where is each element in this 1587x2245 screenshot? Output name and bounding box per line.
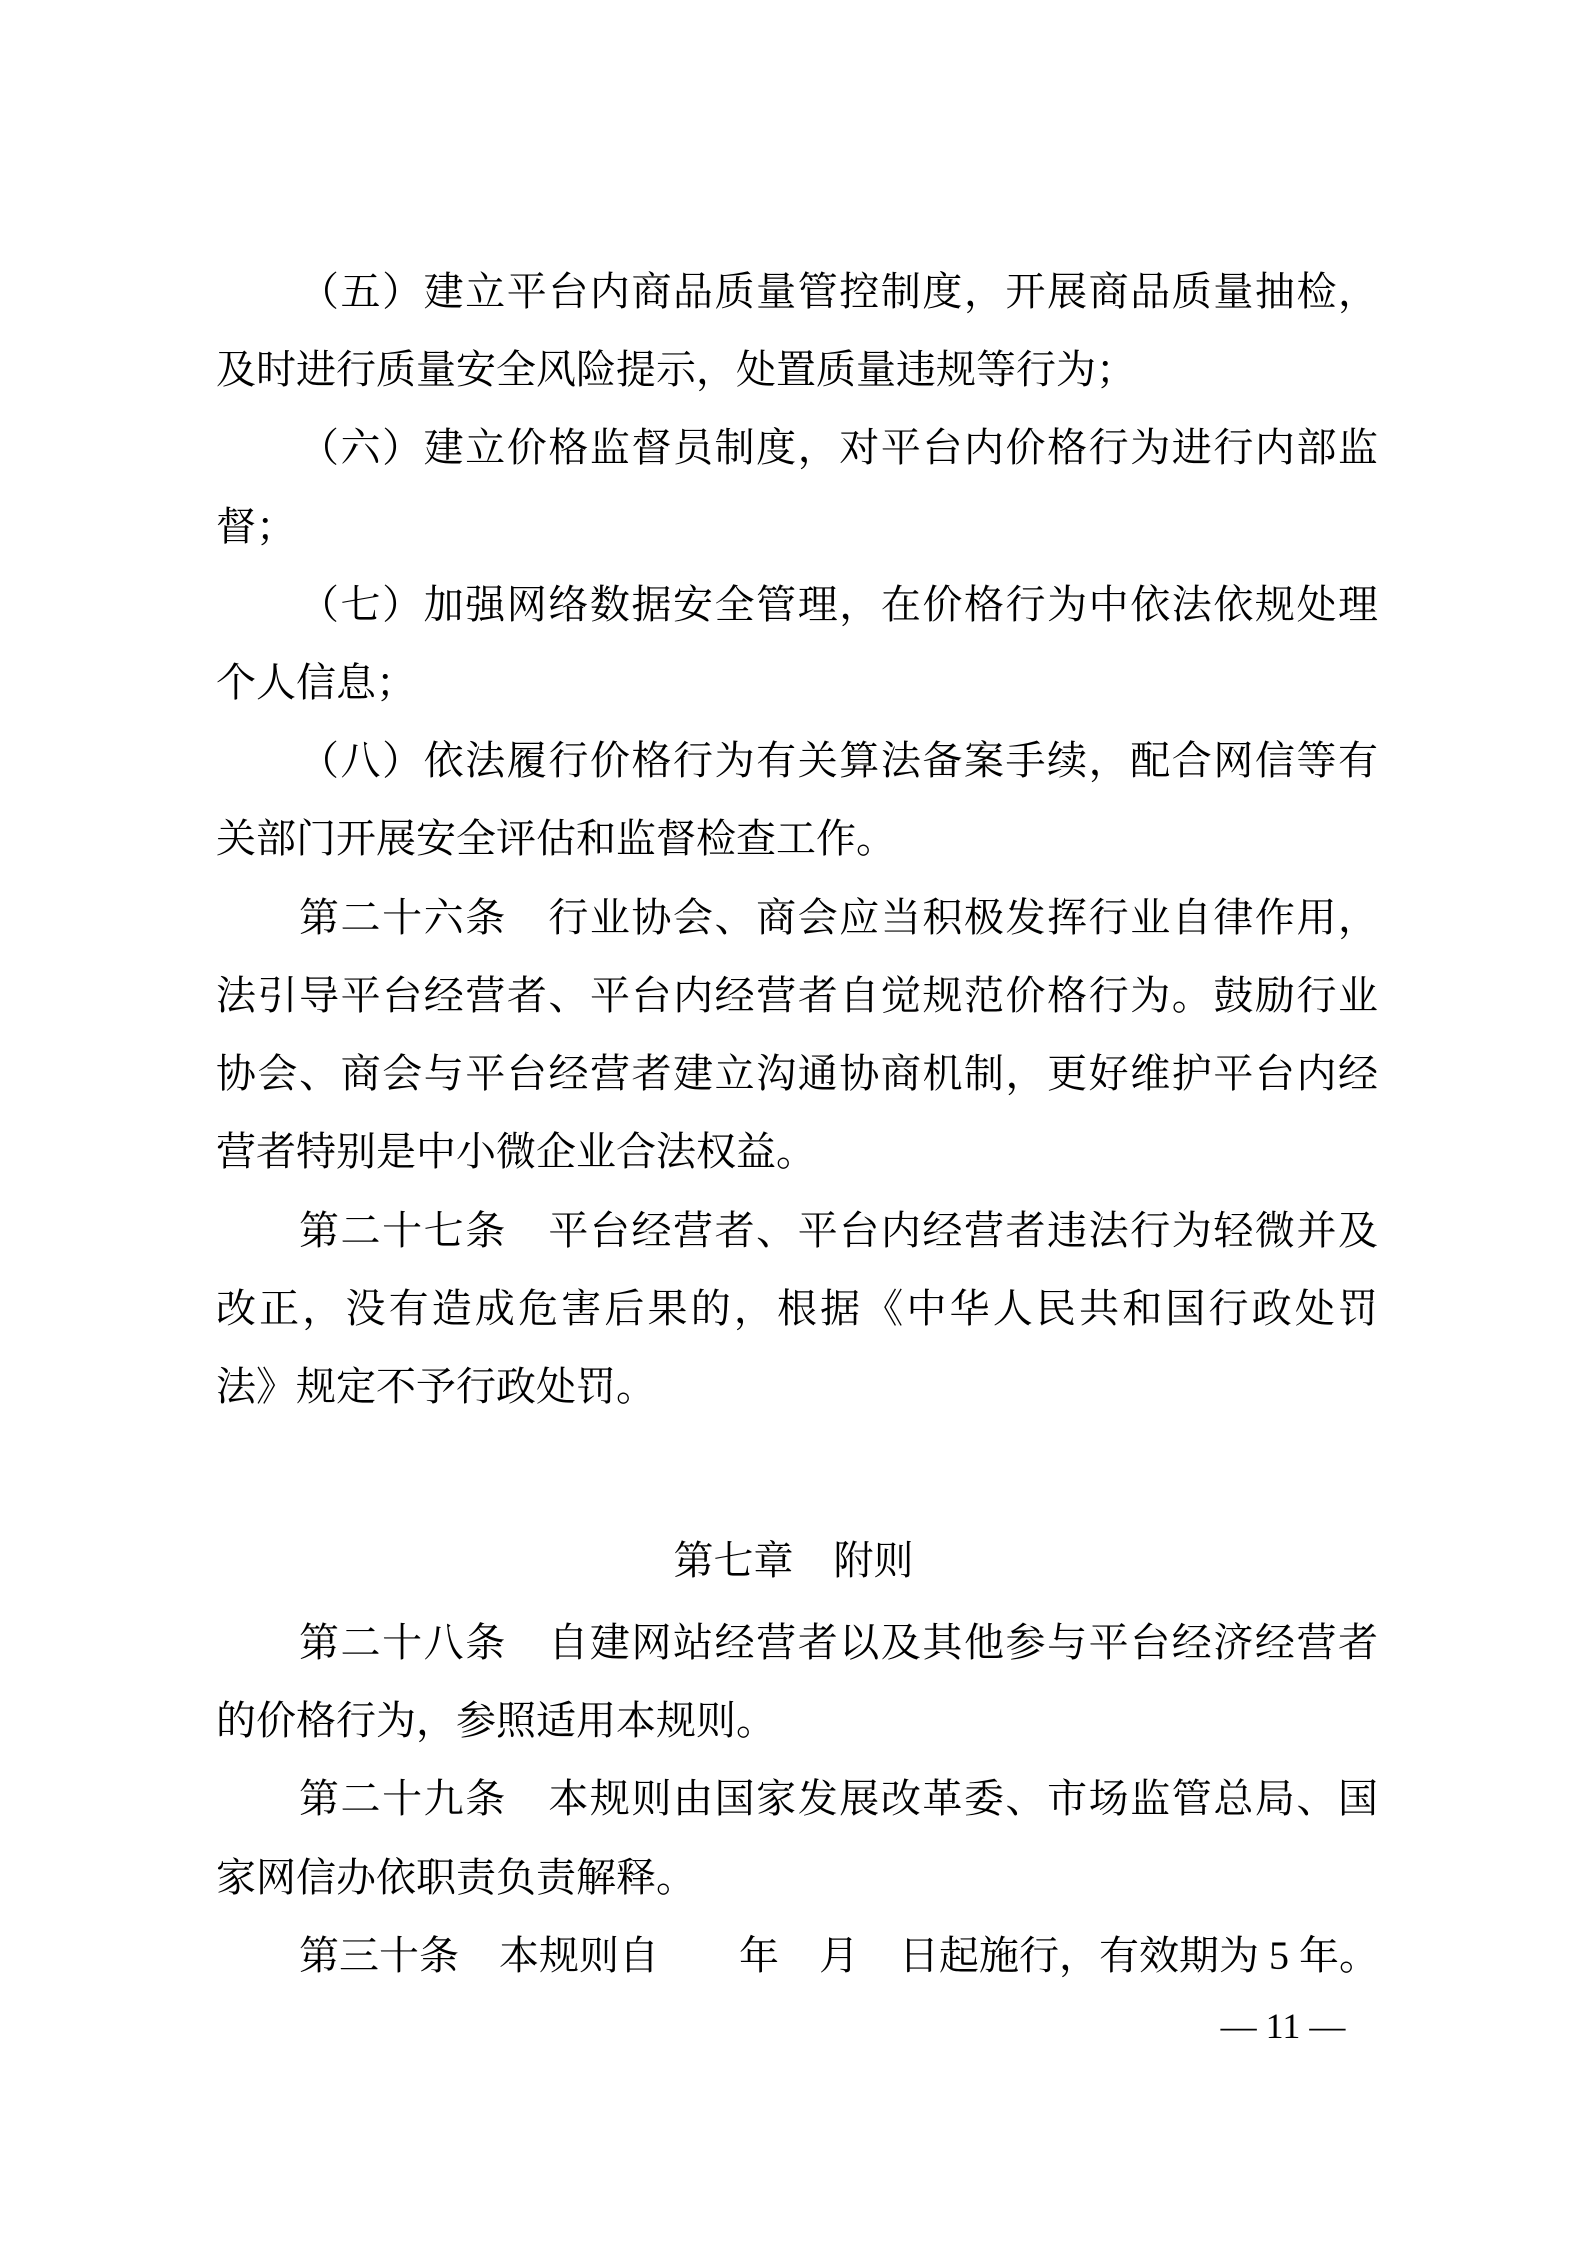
- article-28-line-2: 的价格行为，参照适用本规则。: [216, 1682, 1378, 1760]
- item-7-line-2: 个人信息；: [216, 644, 1378, 722]
- item-5-line-1: （五）建立平台内商品质量管控制度，开展商品质量抽检，: [299, 253, 1378, 331]
- chapter-heading: 第七章 附则: [0, 1522, 1587, 1600]
- validity-years-number: 5: [1259, 1933, 1299, 1978]
- item-7-line-1: （七）加强网络数据安全管理，在价格行为中依法依规处理: [299, 566, 1378, 644]
- article-26-line-4: 营者特别是中小微企业合法权益。: [216, 1113, 1378, 1191]
- article-30-text-end: 年。: [1299, 1933, 1379, 1979]
- item-8-line-1: （八）依法履行价格行为有关算法备案手续，配合网信等有: [299, 722, 1378, 800]
- item-5-line-2: 及时进行质量安全风险提示，处置质量违规等行为；: [216, 331, 1378, 409]
- document-page: （五）建立平台内商品质量管控制度，开展商品质量抽检， 及时进行质量安全风险提示，…: [0, 0, 1587, 2245]
- article-29-line-2: 家网信办依职责负责解释。: [216, 1839, 1378, 1917]
- article-27-line-2: 改正，没有造成危害后果的，根据《中华人民共和国行政处罚: [216, 1270, 1378, 1348]
- article-27-line-3: 法》规定不予行政处罚。: [216, 1348, 1378, 1426]
- article-26-line-1: 第二十六条 行业协会、商会应当积极发挥行业自律作用，依: [299, 879, 1378, 957]
- article-26-line-3: 协会、商会与平台经营者建立沟通协商机制，更好维护平台内经: [216, 1035, 1378, 1113]
- article-26-line-2: 法引导平台经营者、平台内经营者自觉规范价格行为。鼓励行业: [216, 957, 1378, 1035]
- item-8-line-2: 关部门开展安全评估和监督检查工作。: [216, 800, 1378, 878]
- item-6-line-1: （六）建立价格监督员制度，对平台内价格行为进行内部监: [299, 409, 1378, 487]
- article-29-line-1: 第二十九条 本规则由国家发展改革委、市场监管总局、国: [299, 1760, 1378, 1838]
- article-27-line-1: 第二十七条 平台经营者、平台内经营者违法行为轻微并及时: [299, 1192, 1378, 1270]
- page-number: — 11 —: [1200, 2004, 1366, 2048]
- item-6-line-2: 督；: [216, 488, 1378, 566]
- article-30-line: 第三十条 本规则自 年 月 日起施行，有效期为 5 年。: [299, 1917, 1378, 1995]
- article-28-line-1: 第二十八条 自建网站经营者以及其他参与平台经济经营者: [299, 1604, 1378, 1682]
- article-30-text: 第三十条 本规则自 年 月 日起施行，有效期为: [299, 1933, 1259, 1979]
